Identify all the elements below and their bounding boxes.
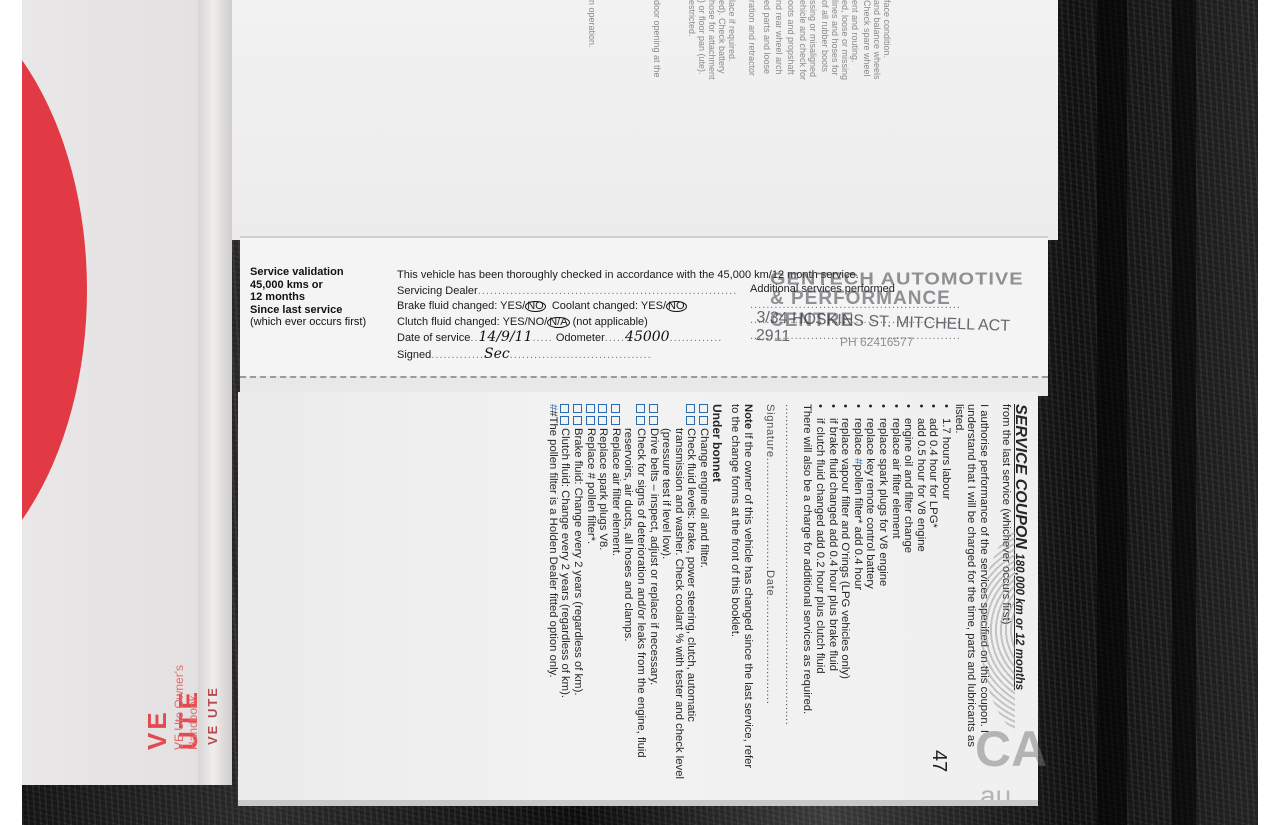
charge-item: add 0.4 hour for LPG* [927,404,940,779]
dotted-line: ........................................… [750,298,961,314]
signature-value: Sec [484,346,510,362]
checklist-item: Drive belts – inspect, adjust or replace… [647,404,660,779]
checkbox[interactable] [611,416,620,425]
brake-fluid-label: Brake fluid changed: YES/ [397,300,525,312]
watermark-logo: CA [975,720,1047,778]
charge-item: if brake fluid changed add 0.4 hour plus… [826,404,839,779]
checkbox[interactable] [699,404,708,413]
faded-text-line: face condition. [882,0,892,58]
checkbox[interactable] [573,416,582,425]
checklist-item-label: Brake fluid: Change every 2 years (regar… [572,428,584,695]
checkbox[interactable] [686,404,695,413]
dotted-line: ........................................… [478,285,738,297]
faded-text-line: ed, loose or missing [840,0,850,80]
service-validation-slip: Service validation 45,000 kms or 12 mont… [240,236,1048,378]
checklist-item: Replace air filter element. [609,404,622,779]
dotted-line: ........................................… [782,404,795,779]
rotated-coupon-content: SERVICE COUPON 180,000 km or 12 months f… [238,392,1038,802]
charge-item: replace key remote control battery [864,404,877,779]
clutch-note: (not applicable) [573,316,648,328]
validation-months: 12 months [250,291,366,304]
validation-heading-block: Service validation 45,000 kms or 12 mont… [250,266,366,329]
checkbox[interactable] [636,416,645,425]
charge-item: add 0.5 hour for V8 engine [914,404,927,779]
odometer-label: Odometer [556,332,605,344]
faded-text-line: ) or floor pan (ute). [697,0,707,75]
checklist-item-label: Check fluid levels: brake, power steerin… [660,428,697,779]
checklist-item: Clutch fluid: Change every 2 years (rega… [559,404,572,779]
image-border-left [0,0,22,825]
checklist-item-label: Clutch fluid: Change every 2 years (rega… [559,428,571,698]
checklist-item-label: Replace # pollen filter*. [585,428,597,544]
charge-item: replace #pollen filter* add 0.4 hour [851,404,864,779]
charge-item: replace vapour filter and O'rings (LPG v… [839,404,852,779]
faded-text-line: ed parts and loose [762,0,772,74]
checklist-item: Check fluid levels: brake, power steerin… [660,404,698,779]
checklist-item-label: Replace spark plugs V8. [597,428,609,550]
checkbox[interactable] [560,416,569,425]
checklist-item: Replace # pollen filter*. [584,404,597,779]
checkbox[interactable] [686,416,695,425]
previous-page: face condition.and balance wheelsCheck s… [232,0,1058,240]
date-value: 14/9/11 [479,329,533,345]
faded-text-line: nd rear wheel arch [774,0,784,75]
faded-text-line: oots and propshaft [786,0,796,75]
faded-text-line: of all rubber boots [820,0,830,72]
service-checklist: Change engine oil and filter.Check fluid… [559,404,710,779]
checkbox[interactable] [586,404,595,413]
owner-note: Note If the owner of this vehicle has ch… [729,404,754,779]
clutch-fluid-label: Clutch fluid changed: YES/NO/ [397,316,547,328]
checkbox[interactable] [573,404,582,413]
validation-since: Since last service [250,304,366,317]
checklist-item-label: Change engine oil and filter. [698,428,710,568]
checkbox[interactable] [636,404,645,413]
pollen-footnote: ##The pollen filter is a Holden Dealer f… [546,404,559,779]
servicing-dealer-label: Servicing Dealer [397,285,478,297]
cover-subtitle: VE Ute Owner's Handbook [172,610,192,750]
charge-item: engine oil and filter change [902,404,915,779]
coolant-value: NO [666,301,687,312]
dotted-line: ........................................… [750,329,961,345]
clutch-fluid-value: N/A [547,317,569,328]
checklist-item-label: Drive belts – inspect, adjust or replace… [648,428,660,685]
signed-row: Signed.............Sec..................… [397,347,859,364]
checklist-item: Change engine oil and filter. [697,404,710,779]
brake-fluid-value: NO [525,301,546,312]
service-coupon-page: SERVICE COUPON 180,000 km or 12 months f… [238,392,1038,802]
faded-text-line: ssing or misaligned [808,0,818,77]
additional-services-label: Additional services performed [750,282,961,298]
validation-km: 45,000 kms or [250,279,366,292]
faded-text-line: n operation. [587,0,597,48]
page-edge [238,800,1038,806]
faded-text-line: ehicle and check for [798,0,808,80]
faded-text-line: lace if required. [727,0,737,62]
mat-groove [1097,0,1127,825]
checkbox[interactable] [649,404,658,413]
faded-text-line: ed). Check battery [717,0,727,74]
signed-label: Signed [397,349,431,361]
checkbox[interactable] [699,416,708,425]
mat-groove [1172,0,1196,825]
coolant-label: Coolant changed: YES/ [552,300,666,312]
validation-heading: Service validation [250,266,366,279]
validation-which-first: (which ever occurs first) [250,316,366,329]
faded-text-line: estricted. [687,0,697,37]
checkbox[interactable] [649,416,658,425]
faded-text-line: ration and retractor [747,0,757,76]
checkbox[interactable] [586,416,595,425]
charge-item: if clutch fluid changed add 0.2 hour plu… [814,404,827,779]
additional-charge-text: There will also be a charge for addition… [801,404,814,779]
spine-title: VE UTE [205,665,225,745]
checklist-item-label: Replace air filter element. [610,428,622,556]
faded-text-line: ent and routing. [850,0,860,63]
under-bonnet-heading: Under bonnet [710,404,723,779]
checklist-item: Replace spark plugs V8. [597,404,610,779]
charge-item: replace spark plugs for V8 engine [876,404,889,779]
additional-services: Additional services performed ..........… [750,282,961,344]
faded-text-line: and balance wheels [872,0,882,80]
checkbox[interactable] [560,404,569,413]
checkbox[interactable] [598,404,607,413]
faded-text-line: Check spare wheel [862,0,872,77]
checklist-item-label: Check for signs of deterioration and/or … [622,428,647,758]
date-label: Date [764,570,776,596]
page-number: 47 [927,750,950,772]
signature-date-row: Signature..............................D… [764,404,777,779]
dotted-line: ........................................… [750,313,961,329]
charges-list: 1.7 hours labouradd 0.4 hour for LPG*add… [814,404,953,779]
image-border-right [1258,0,1280,825]
watermark-subtext: au [980,780,1011,812]
faded-text-line: lines and hoses for [830,0,840,76]
faded-text-line: door opening at the [652,0,662,78]
checkbox[interactable] [611,404,620,413]
checklist-item: Brake fluid: Change every 2 years (regar… [571,404,584,779]
checkbox[interactable] [598,416,607,425]
odometer-value: 45000 [625,329,670,345]
charge-item: replace air filter element [889,404,902,779]
cover-red-circle [22,0,87,600]
checklist-item: Check for signs of deterioration and/or … [622,404,647,779]
faded-text-line: hose for attachment [707,0,717,80]
charge-item: 1.7 hours labour [939,404,952,779]
signature-label: Signature [764,404,776,458]
date-label: Date of service [397,332,470,344]
